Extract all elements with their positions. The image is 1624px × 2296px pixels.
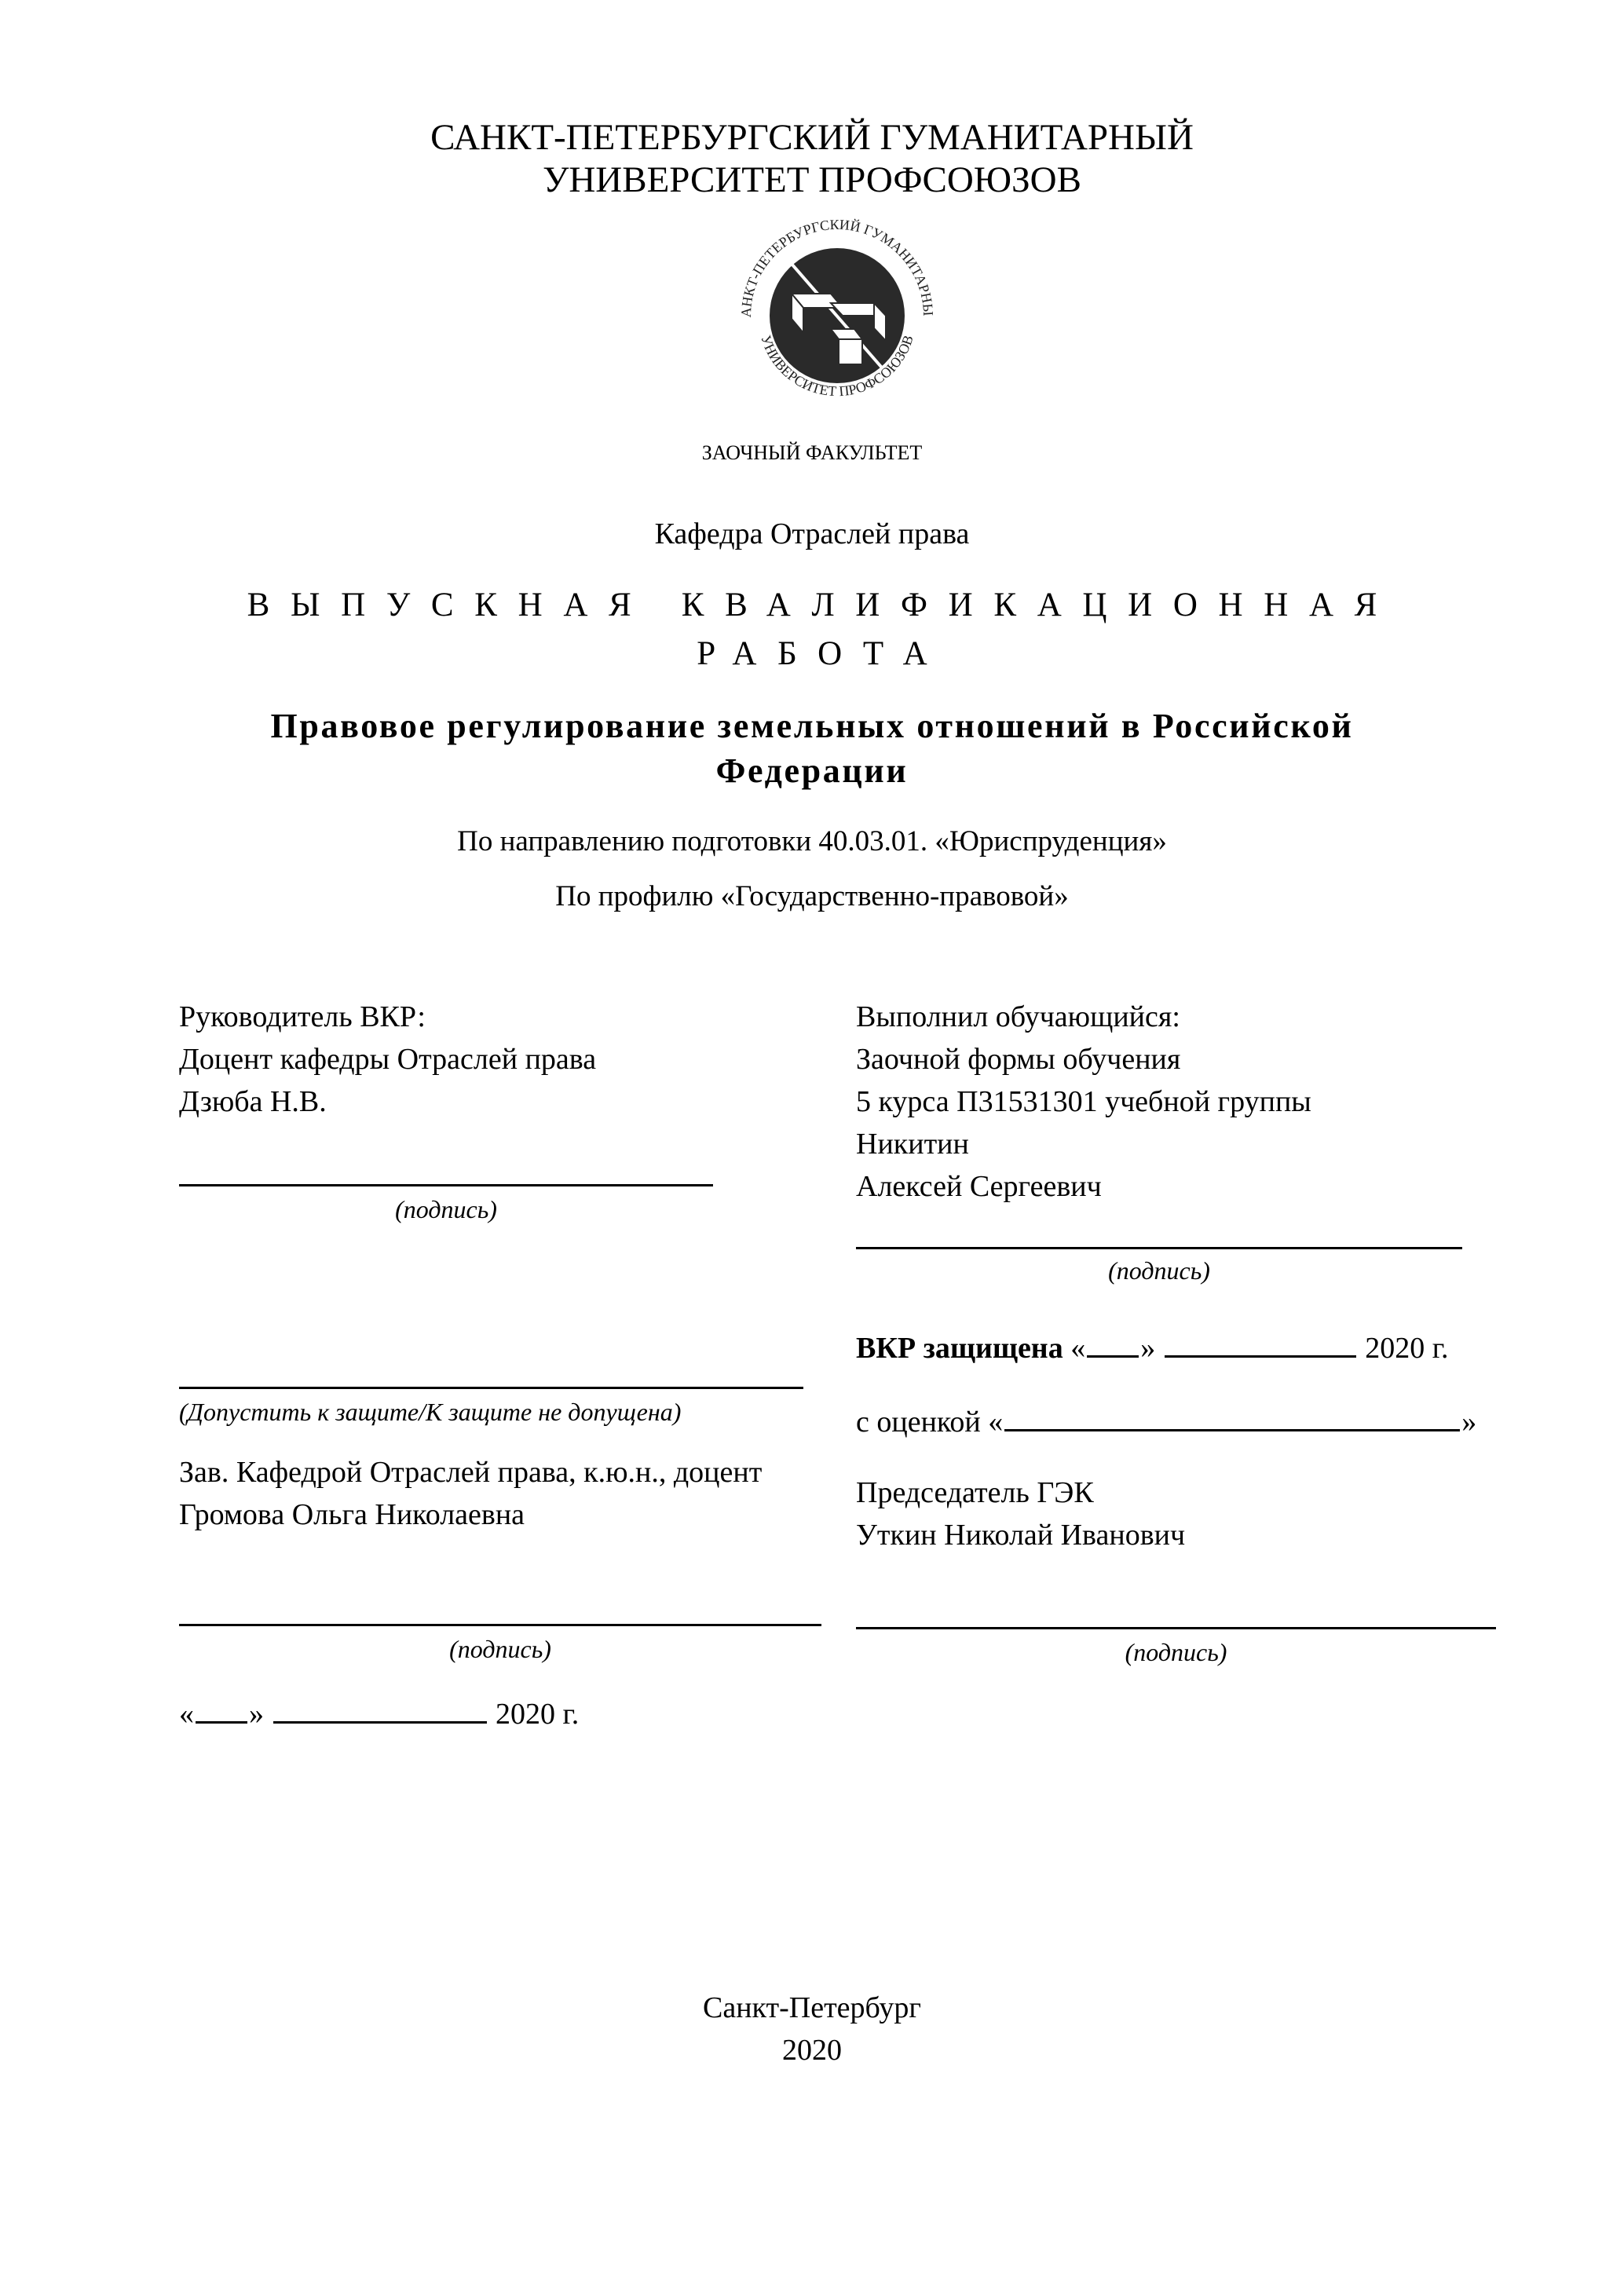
thesis-title: Правовое регулирование земельных отношен… bbox=[0, 704, 1624, 793]
head-of-department-block: Зав. Кафедрой Отраслей права, к.ю.н., до… bbox=[179, 1451, 762, 1536]
defended-label: ВКР защищена bbox=[856, 1332, 1063, 1365]
supervisor-position: Доцент кафедры Отраслей права bbox=[179, 1038, 596, 1080]
footer-city: Санкт-Петербург bbox=[0, 1987, 1624, 2029]
chair-label: Председатель ГЭК bbox=[856, 1472, 1185, 1514]
defended-open-quote: « bbox=[1070, 1332, 1085, 1365]
defended-year: 2020 г. bbox=[1365, 1332, 1448, 1365]
head-signature-line[interactable] bbox=[179, 1624, 821, 1626]
work-type-line2: РАБОТА bbox=[21, 630, 1624, 678]
supervisor-signature-caption: (подпись) bbox=[179, 1195, 713, 1224]
head-signature-caption: (подпись) bbox=[179, 1635, 821, 1664]
student-signature-line[interactable] bbox=[856, 1247, 1462, 1249]
supervisor-label: Руководитель ВКР: bbox=[179, 996, 596, 1038]
thesis-title-line2: Федерации bbox=[0, 748, 1624, 793]
admission-caption: (Допустить к защите/К защите не допущена… bbox=[179, 1398, 681, 1427]
university-emblem-icon: САНКТ-ПЕТЕРБУРГСКИЙ ГУМАНИТАРНЫЙ УНИВЕРС… bbox=[737, 215, 938, 416]
university-name: САНКТ-ПЕТЕРБУРГСКИЙ ГУМАНИТАРНЫЙ УНИВЕРС… bbox=[0, 116, 1624, 201]
grade-close-quote: » bbox=[1461, 1406, 1476, 1439]
student-surname: Никитин bbox=[856, 1123, 1311, 1165]
course-group: 5 курса П31531301 учебной группы bbox=[856, 1080, 1311, 1123]
defended-month-field[interactable] bbox=[1165, 1329, 1356, 1358]
date-month-field[interactable] bbox=[273, 1695, 487, 1724]
student-signature-caption: (подпись) bbox=[856, 1256, 1462, 1285]
date-open-quote: « bbox=[179, 1698, 194, 1731]
grade-label: с оценкой « bbox=[856, 1406, 1003, 1439]
admission-decision-line[interactable] bbox=[179, 1387, 803, 1389]
student-block: Выполнил обучающийся: Заочной формы обуч… bbox=[856, 996, 1311, 1208]
training-profile: По профилю «Государственно-правовой» bbox=[0, 879, 1624, 913]
university-name-line2: УНИВЕРСИТЕТ ПРОФСОЮЗОВ bbox=[0, 159, 1624, 201]
supervisor-name: Дзюба Н.В. bbox=[179, 1080, 596, 1123]
approval-date: «» 2020 г. bbox=[179, 1693, 579, 1735]
university-name-line1: САНКТ-ПЕТЕРБУРГСКИЙ ГУМАНИТАРНЫЙ bbox=[0, 116, 1624, 159]
commission-chair-block: Председатель ГЭК Уткин Николай Иванович bbox=[856, 1472, 1185, 1556]
faculty-name: ЗАОЧНЫЙ ФАКУЛЬТЕТ bbox=[702, 441, 923, 465]
department-name: Кафедра Отраслей права bbox=[0, 517, 1624, 551]
date-year: 2020 г. bbox=[496, 1698, 579, 1731]
chair-name: Уткин Николай Иванович bbox=[856, 1514, 1185, 1556]
defense-date: ВКР защищена «» 2020 г. bbox=[856, 1327, 1449, 1369]
student-label: Выполнил обучающийся: bbox=[856, 996, 1311, 1038]
head-position: Зав. Кафедрой Отраслей права, к.ю.н., до… bbox=[179, 1451, 762, 1493]
grade-field[interactable] bbox=[1004, 1402, 1460, 1431]
supervisor-signature-line[interactable] bbox=[179, 1184, 713, 1186]
head-name: Громова Ольга Николаевна bbox=[179, 1493, 762, 1536]
defended-close-quote: » bbox=[1140, 1332, 1155, 1365]
study-form: Заочной формы обучения bbox=[856, 1038, 1311, 1080]
work-type-line1: ВЫПУСКНАЯ КВАЛИФИКАЦИОННАЯ bbox=[21, 581, 1624, 630]
footer-year: 2020 bbox=[0, 2029, 1624, 2071]
thesis-title-line1: Правовое регулирование земельных отношен… bbox=[0, 704, 1624, 748]
work-type: ВЫПУСКНАЯ КВАЛИФИКАЦИОННАЯ РАБОТА bbox=[0, 581, 1624, 678]
defended-day-field[interactable] bbox=[1087, 1329, 1139, 1358]
date-day-field[interactable] bbox=[196, 1695, 247, 1724]
chair-signature-line[interactable] bbox=[856, 1627, 1496, 1629]
training-direction: По направлению подготовки 40.03.01. «Юри… bbox=[0, 824, 1624, 858]
grade-row: с оценкой «» bbox=[856, 1401, 1476, 1443]
supervisor-block: Руководитель ВКР: Доцент кафедры Отрасле… bbox=[179, 996, 596, 1123]
chair-signature-caption: (подпись) bbox=[856, 1638, 1496, 1667]
footer: Санкт-Петербург 2020 bbox=[0, 1987, 1624, 2071]
student-name: Алексей Сергеевич bbox=[856, 1165, 1311, 1208]
date-close-quote: » bbox=[249, 1698, 264, 1731]
